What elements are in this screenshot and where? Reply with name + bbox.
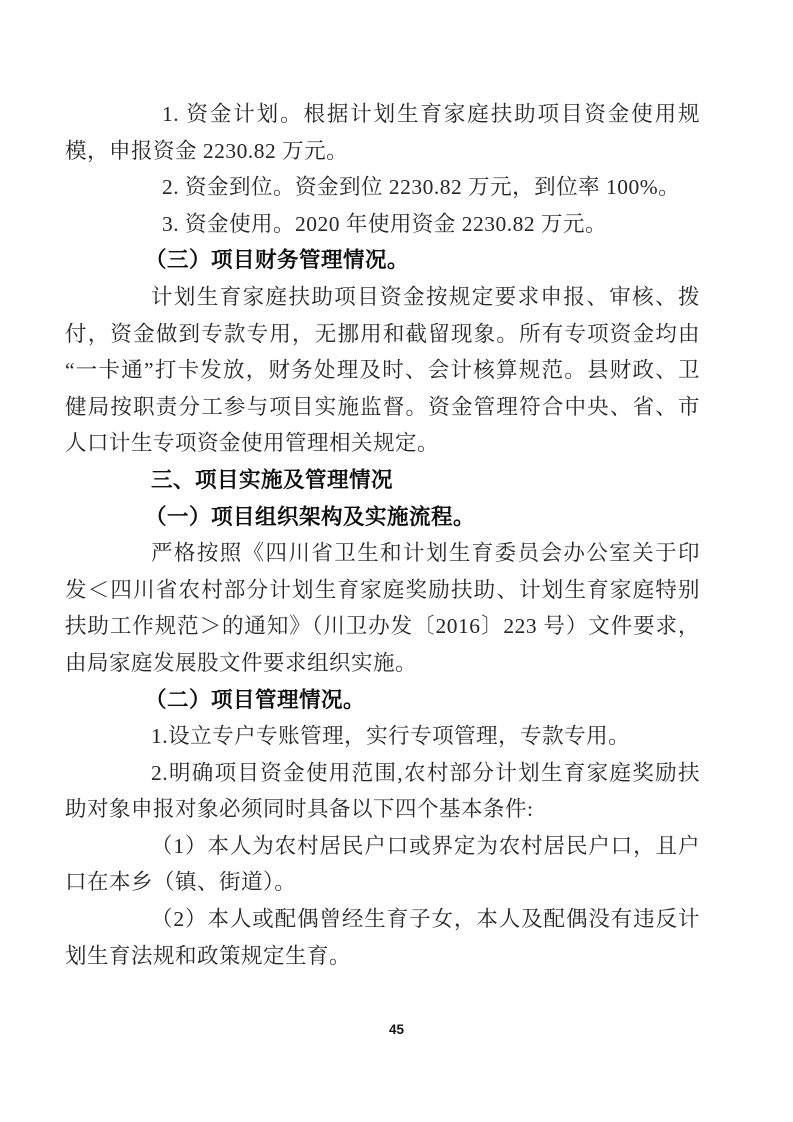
- section-heading: （三）项目财务管理情况。: [65, 242, 700, 279]
- paragraph: 3. 资金使用。2020 年使用资金 2230.82 万元。: [65, 206, 700, 243]
- paragraph: （1）本人为农村居民户口或界定为农村居民户口，且户口在本乡（镇、街道）。: [65, 828, 700, 901]
- document-body: 1. 资金计划。根据计划生育家庭扶助项目资金使用规模，申报资金 2230.82 …: [65, 96, 700, 974]
- section-heading: 三、项目实施及管理情况: [65, 462, 700, 499]
- paragraph: 1.设立专户专账管理，实行专项管理，专款专用。: [65, 718, 700, 755]
- paragraph: 1. 资金计划。根据计划生育家庭扶助项目资金使用规模，申报资金 2230.82 …: [65, 96, 700, 169]
- paragraph: （2）本人或配偶曾经生育子女，本人及配偶没有违反计划生育法规和政策规定生育。: [65, 901, 700, 974]
- paragraph: 2. 资金到位。资金到位 2230.82 万元，到位率 100%。: [65, 169, 700, 206]
- document-page: 1. 资金计划。根据计划生育家庭扶助项目资金使用规模，申报资金 2230.82 …: [0, 0, 793, 1122]
- section-heading: （一）项目组织架构及实施流程。: [65, 499, 700, 536]
- section-heading: （二）项目管理情况。: [65, 682, 700, 719]
- paragraph: 计划生育家庭扶助项目资金按规定要求申报、审核、拨付，资金做到专款专用，无挪用和截…: [65, 279, 700, 462]
- paragraph: 2.明确项目资金使用范围,农村部分计划生育家庭奖励扶助对象申报对象必须同时具备以…: [65, 755, 700, 828]
- paragraph: 严格按照《四川省卫生和计划生育委员会办公室关于印发＜四川省农村部分计划生育家庭奖…: [65, 535, 700, 681]
- page-number: 45: [0, 1022, 793, 1037]
